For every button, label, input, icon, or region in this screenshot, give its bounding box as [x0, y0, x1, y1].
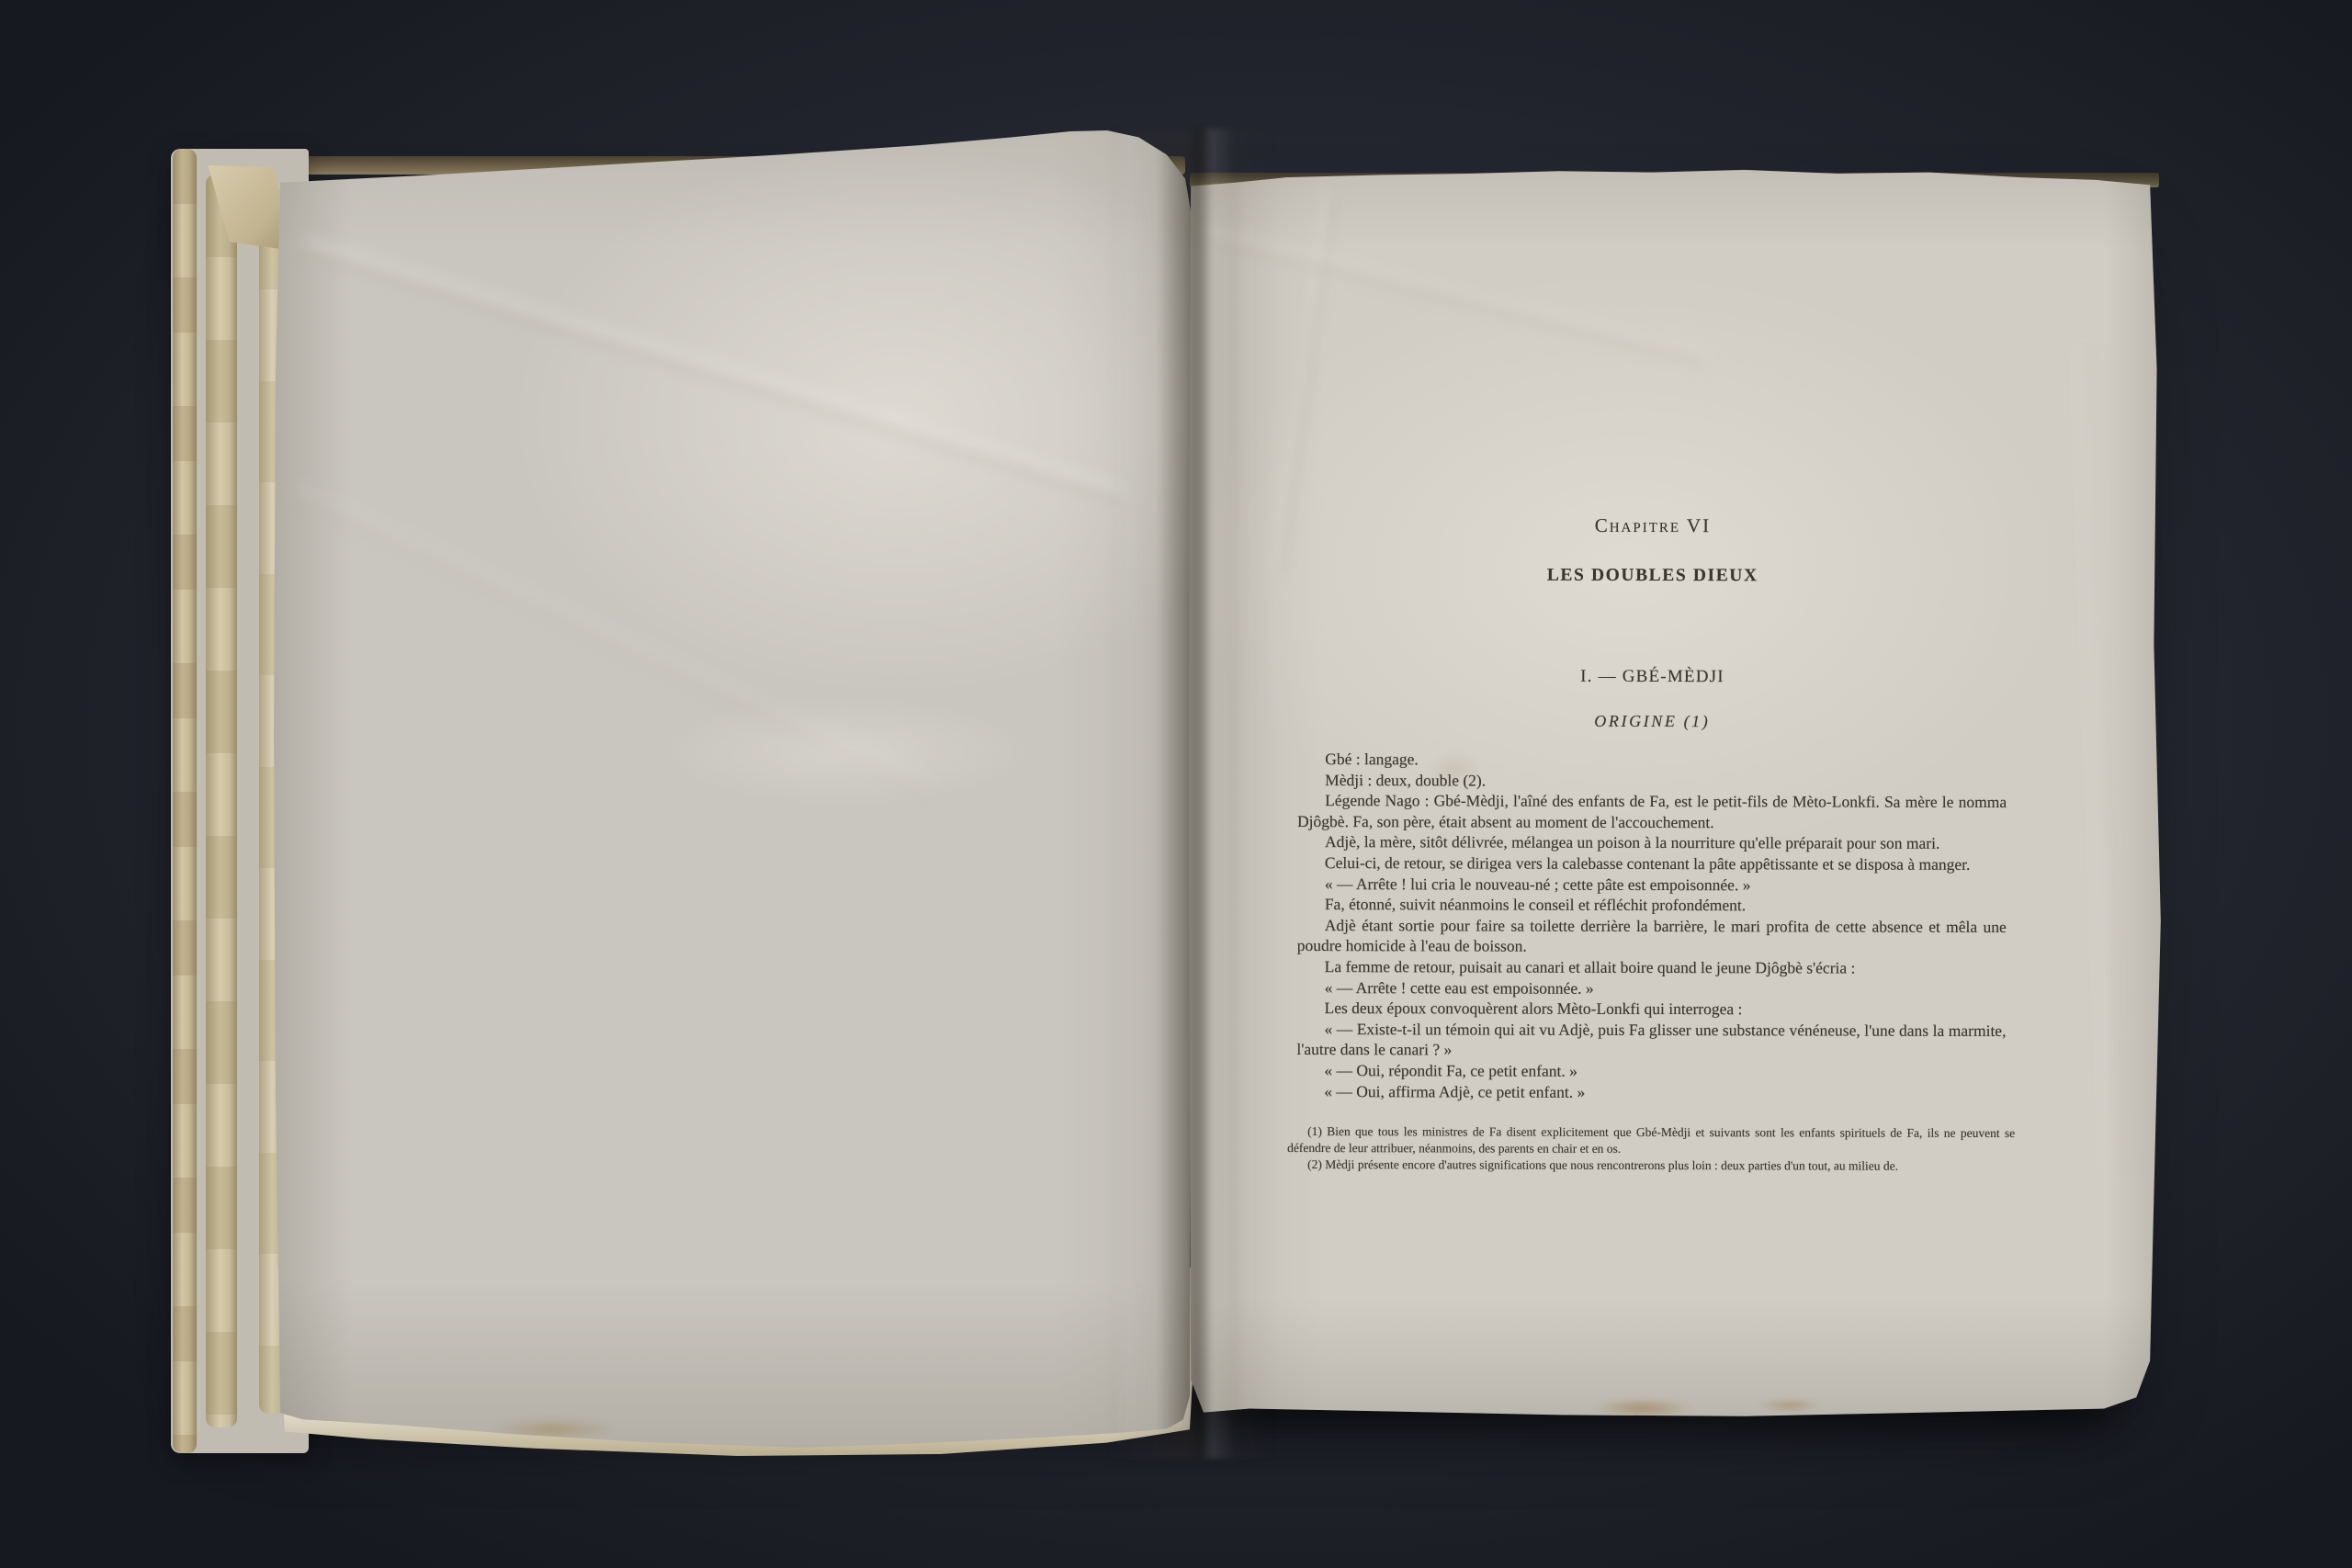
photo-of-open-book: Chapitre VI LES DOUBLES DIEUX I. — GBÉ-M… [0, 0, 2352, 1568]
body-paragraph: La femme de retour, puisait au canari et… [1297, 956, 2007, 979]
footnotes: (1) Bien que tous les ministres de Fa di… [1287, 1123, 2015, 1175]
body-paragraph: « — Existe-t-il un témoin qui ait vu Adj… [1296, 1019, 2006, 1062]
paper-stain [1592, 1398, 1693, 1418]
body-paragraph: Adjè, la mère, sitôt délivrée, mélangea … [1297, 831, 2007, 854]
page-curl-highlight [1112, 127, 1194, 1454]
body-text: Gbé : langage. Mèdji : deux, double (2).… [1296, 749, 2007, 1103]
page-edge-strip [173, 149, 197, 1453]
body-paragraph: « — Oui, affirma Adjè, ce petit enfant. … [1296, 1080, 2006, 1103]
chapter-title: LES DOUBLES DIEUX [1298, 565, 2007, 587]
page-edge-strip [206, 175, 237, 1427]
body-paragraph: « — Arrête ! lui cria le nouveau-né ; ce… [1297, 874, 2007, 897]
left-blank-page [268, 127, 1194, 1454]
paper-crease [2079, 347, 2122, 1174]
body-paragraph: Les deux époux convoquèrent alors Mèto-L… [1297, 998, 2007, 1021]
paper-sheen [654, 696, 1040, 807]
section-heading: I. — GBÉ-MÈDJI [1297, 666, 2007, 688]
footnote: (2) Mèdji présente encore d'autres signi… [1287, 1156, 2015, 1175]
body-paragraph: Fa, étonné, suivit néanmoins le conseil … [1297, 894, 2007, 917]
paper-crease [1204, 228, 1707, 367]
chapter-heading: Chapitre VI [1298, 513, 2007, 538]
deckle-top-edge [1188, 164, 2164, 172]
origin-heading: ORIGINE (1) [1297, 711, 2007, 732]
body-paragraph: « — Arrête ! cette eau est empoisonnée. … [1297, 977, 2007, 1000]
footnote: (1) Bien que tous les ministres de Fa di… [1287, 1123, 2015, 1158]
body-paragraph: Légende Nago : Gbé-Mèdji, l'aîné des enf… [1297, 790, 2007, 833]
paper-crease [302, 237, 1125, 504]
body-paragraph: Adjè étant sortie pour faire sa toilette… [1297, 915, 2007, 958]
body-paragraph: Gbé : langage. [1297, 749, 2007, 772]
body-paragraph: Mèdji : deux, double (2). [1297, 770, 2007, 793]
paper-stain [1758, 1398, 1822, 1413]
page-text-column: Chapitre VI LES DOUBLES DIEUX I. — GBÉ-M… [1296, 513, 2007, 1175]
body-paragraph: « — Oui, répondit Fa, ce petit enfant. » [1296, 1060, 2006, 1083]
body-paragraph: Celui-ci, de retour, se dirigea vers la … [1297, 852, 2007, 875]
